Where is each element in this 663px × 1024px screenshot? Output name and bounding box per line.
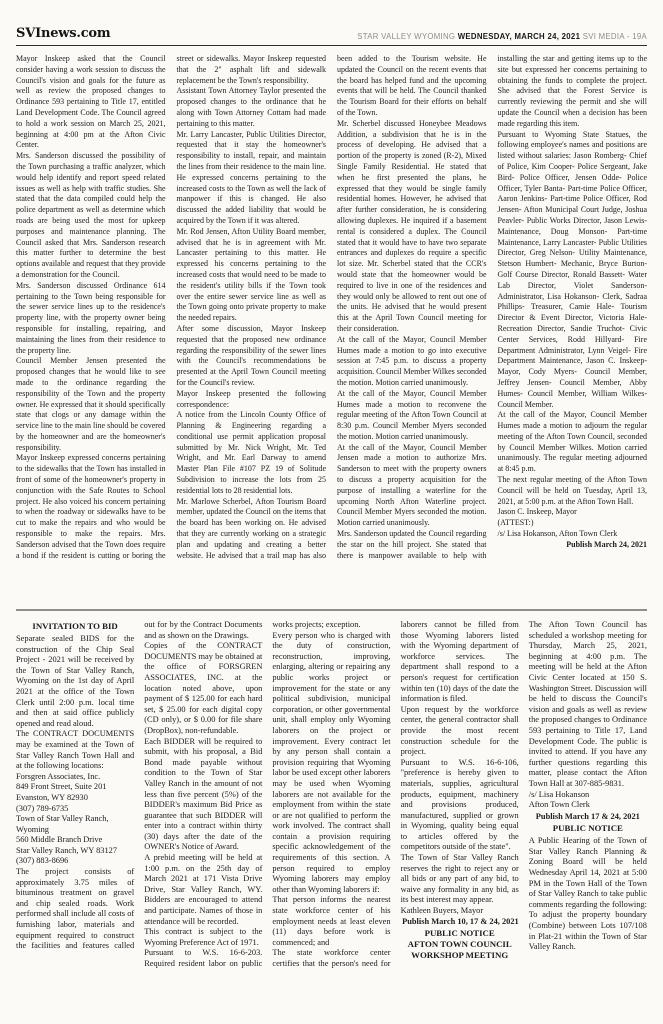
- workshop-signature: /s/ Lisa Hokanson Afton Town Clerk: [529, 790, 647, 811]
- minutes-paragraph: At the call of the Mayor, Council Member…: [337, 389, 487, 443]
- edition-date: WEDNESDAY, MARCH 24, 2021: [458, 32, 580, 41]
- notice-paragraph: The Town of Star Valley Ranch reserves t…: [401, 853, 519, 906]
- bid-publish-line: Publish March 10, 17 & 24, 2021: [401, 917, 519, 928]
- minutes-publish-line: Publish March 24, 2021: [498, 540, 648, 551]
- minutes-paragraph: At the call of the Mayor, Council Member…: [337, 443, 487, 529]
- edition-location: STAR VALLEY WYOMING: [357, 32, 455, 41]
- minutes-paragraph: A notice from the Lincoln County Office …: [177, 410, 327, 496]
- notice-paragraph: Each BIDDER will be required to submit, …: [144, 737, 262, 854]
- minutes-paragraph: The next regular meeting of the Afton To…: [498, 475, 648, 507]
- minutes-paragraph: Mrs. Sanderson discussed Ordinance 614 p…: [16, 281, 166, 357]
- notice-paragraph: Every person who is charged with the dut…: [272, 631, 390, 896]
- minutes-paragraph: Mr. Scherbel discussed Honeybee Meadows …: [337, 119, 487, 335]
- site-logo: SVInews.com: [16, 26, 110, 41]
- hearing-notice-body: A Public Hearing of the Town of Star Val…: [529, 836, 647, 953]
- notice-paragraph: Copies of the CONTRACT DOCUMENTS may be …: [144, 641, 262, 736]
- notice-paragraph: Pursuant to W.S. 16-6-106, "preference i…: [401, 758, 519, 853]
- council-minutes-section: Mayor Inskeep asked that the Council con…: [16, 54, 647, 604]
- invitation-to-bid-title: INVITATION TO BID: [16, 621, 134, 632]
- edition-page-number: SVI MEDIA - 19A: [583, 32, 647, 41]
- notice-paragraph: The CONTRACT DOCUMENTS may be examined a…: [16, 729, 134, 771]
- workshop-notice-title: PUBLIC NOTICE AFTON TOWN COUNCIL WORKSHO…: [401, 928, 519, 961]
- workshop-publish-line: Publish March 17 & 24, 2021: [529, 812, 647, 823]
- notice-paragraph: This contract is subject to the Wyoming …: [144, 927, 262, 948]
- minutes-paragraph: Council Member Jensen presented the prop…: [16, 356, 166, 453]
- minutes-paragraph: After some discussion, Mayor Inskeep req…: [177, 324, 327, 389]
- edition-line: STAR VALLEY WYOMING WEDNESDAY, MARCH 24,…: [357, 32, 647, 41]
- minutes-paragraph: Pursuant to Wyoming State Statues, the f…: [498, 130, 648, 411]
- minutes-paragraph: At the call of the Mayor, Council Member…: [337, 335, 487, 389]
- minutes-paragraph: At the call of the Mayor, Council Member…: [498, 410, 648, 475]
- minutes-paragraph: Mr. Rod Jensen, Afton Utility Board memb…: [177, 227, 327, 324]
- bid-signature: Kathleen Buyers, Mayor: [401, 906, 519, 917]
- notice-paragraph: Upon request by the workforce center, th…: [401, 705, 519, 758]
- minutes-paragraph: Mayor Inskeep presented the following co…: [177, 389, 327, 411]
- notice-paragraph: A prebid meeting will be held at 1:00 p.…: [144, 853, 262, 927]
- bid-examine-locations: Forsgren Associates, Inc. 849 Front Stre…: [16, 772, 134, 867]
- minutes-paragraph: Mayor Inskeep asked that the Council con…: [16, 54, 166, 151]
- legal-notices-section: INVITATION TO BID Separate sealed BIDS f…: [16, 620, 647, 1016]
- masthead: SVInews.com STAR VALLEY WYOMING WEDNESDA…: [16, 26, 647, 46]
- workshop-notice-body: The Afton Town Council has scheduled a w…: [529, 620, 647, 790]
- section-divider: [16, 609, 647, 611]
- newspaper-page: SVInews.com STAR VALLEY WYOMING WEDNESDA…: [0, 0, 663, 1024]
- notice-paragraph: That person informs the nearest state wo…: [272, 895, 390, 948]
- hearing-notice-title: PUBLIC NOTICE: [529, 823, 647, 834]
- minutes-paragraph: Mr. Larry Lancaster, Public Utilities Di…: [177, 130, 327, 227]
- minutes-paragraph: Assistant Town Attorney Taylor presented…: [177, 86, 327, 129]
- notice-paragraph: Separate sealed BIDS for the constructio…: [16, 634, 134, 729]
- minutes-signature-block: Jason C. Inskeep, Mayor (ATTEST:) /s/ Li…: [498, 507, 648, 539]
- minutes-paragraph: Mrs. Sanderson discussed the possibility…: [16, 151, 166, 281]
